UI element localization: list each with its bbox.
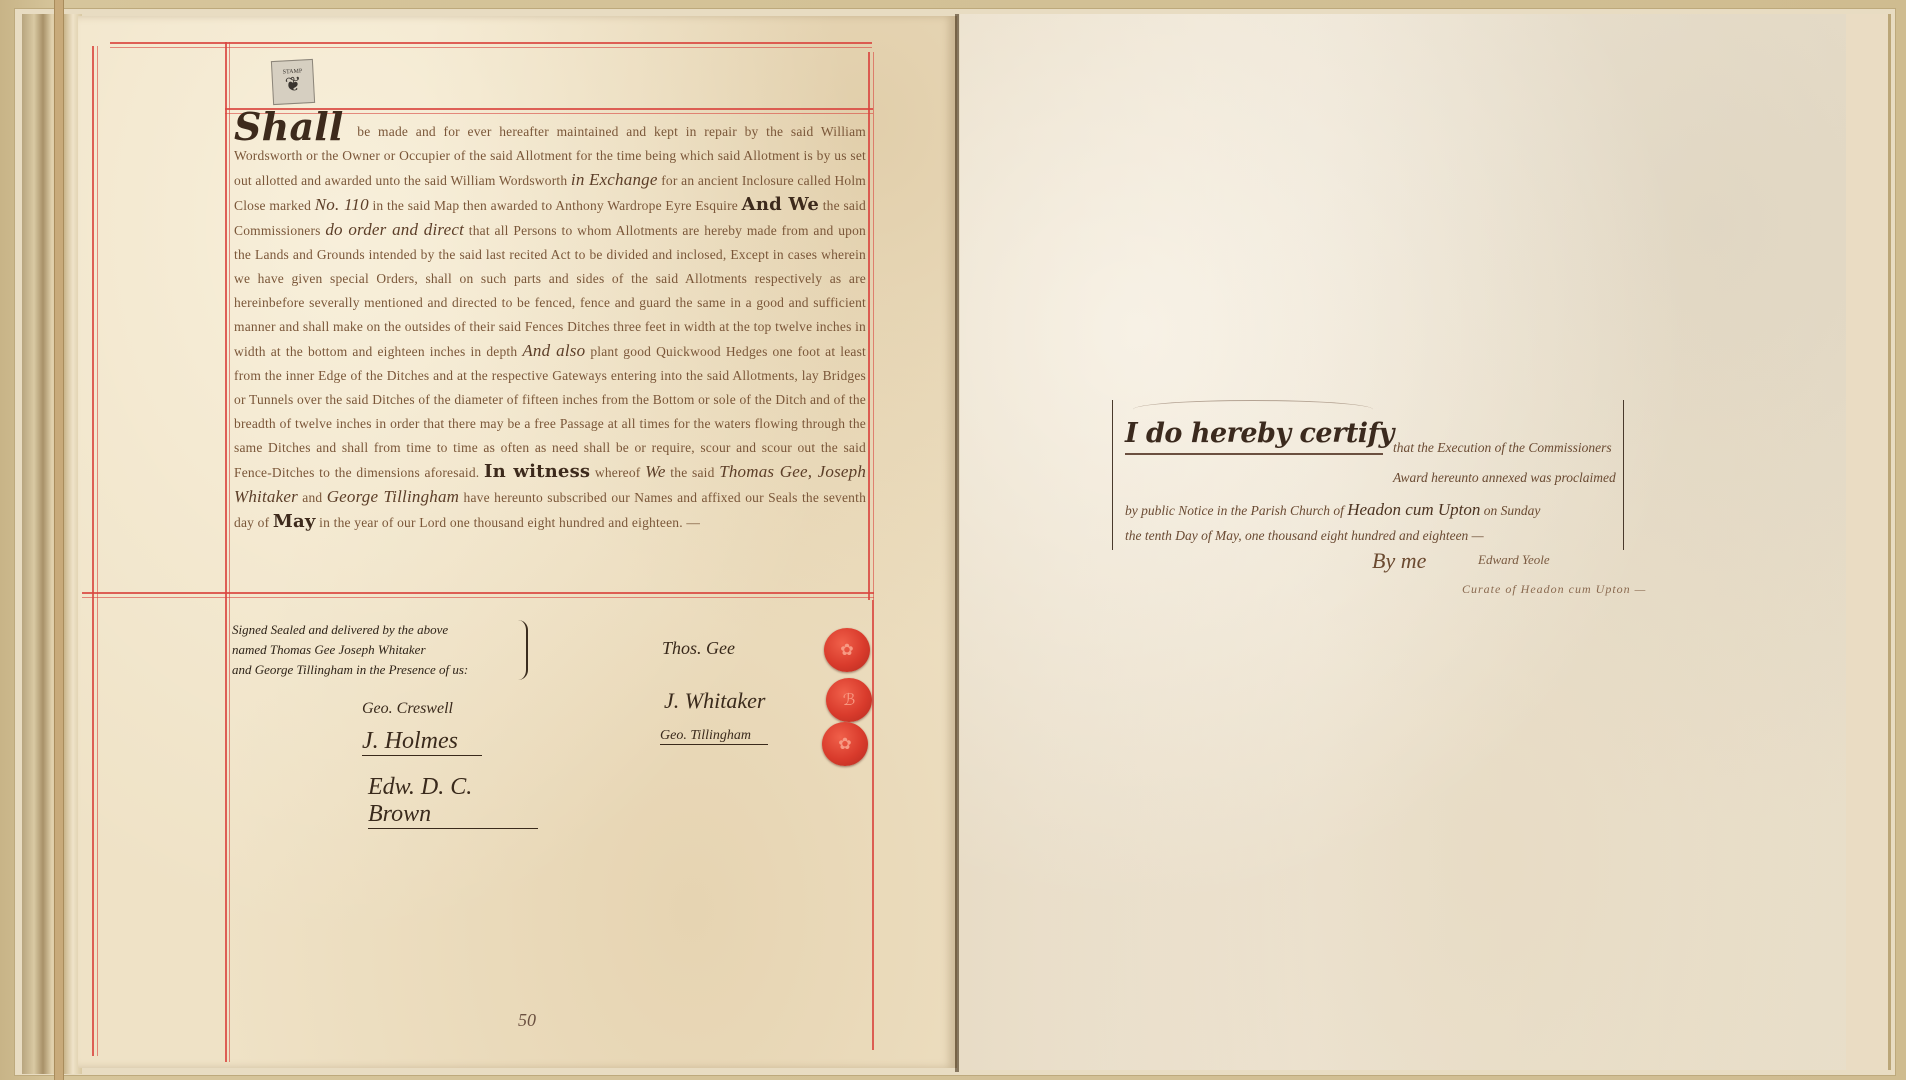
red-rule-right-lower [872, 600, 874, 1050]
certificate-text: on Sunday [1484, 503, 1541, 518]
emphasis-text: in Exchange [571, 170, 658, 189]
red-rule-right-2 [873, 52, 874, 600]
red-rule-outer-left-2 [97, 46, 98, 1056]
text-line: that all Persons to whom Allotments are … [234, 223, 866, 359]
red-rule-inner-left-2 [229, 42, 230, 1062]
certificate-line-2: Award hereunto annexed was proclaimed [1393, 470, 1616, 486]
red-rule-top [110, 42, 872, 44]
red-rule-right [868, 52, 870, 600]
attestation-clause: Signed Sealed and delivered by the above… [232, 620, 528, 680]
wax-seal-1: ✿ [824, 628, 870, 672]
binding-strip [54, 0, 64, 1080]
text-line: and [302, 490, 322, 505]
curate-signature: Edward Yeole [1478, 552, 1550, 568]
certificate-line-3: by public Notice in the Parish Church of… [1125, 500, 1540, 520]
drop-cap-word: Shall [234, 104, 344, 149]
witness-signature-2: J. Holmes [362, 728, 482, 756]
emphasis-heading: In witness [484, 461, 590, 482]
certificate-text: by public Notice in the Parish Church of [1125, 503, 1344, 518]
red-rule-outer-left [92, 46, 94, 1056]
red-rule-text-bottom [82, 592, 874, 594]
attestation-line: named Thomas Gee Joseph Whitaker [232, 640, 520, 660]
by-me-text: By me [1372, 548, 1426, 574]
parish-name: Headon cum Upton [1347, 500, 1480, 519]
right-mount-edge [1846, 14, 1891, 1070]
emphasis-text: And also [522, 341, 585, 360]
signatory-signature-3: Geo. Tillingham [660, 728, 768, 745]
certificate-line-1: that the Execution of the Commissioners [1393, 440, 1612, 456]
signatory-signature-2: J. Whitaker [664, 688, 765, 714]
award-main-text: Shall be made and for ever hereafter mai… [234, 112, 866, 535]
signatory-signature-1: Thos. Gee [662, 638, 735, 659]
month-text: May [273, 511, 316, 532]
emphasis-text: George Tillingham [327, 487, 459, 506]
wax-seal-2: ℬ [826, 678, 872, 722]
witness-signature-3: Edw. D. C. Brown [368, 774, 538, 829]
red-rule-inner-left [225, 42, 227, 1062]
text-line: be made and for ever hereafter maintaine… [357, 124, 813, 139]
text-line: in the year of our Lord one thousand eig… [319, 515, 700, 530]
emphasis-text: We [645, 462, 666, 481]
emphasis-heading: And We [742, 194, 819, 215]
red-rule-text-bottom-2 [82, 597, 874, 598]
text-line: the said [670, 465, 714, 480]
proclamation-certificate: I do hereby certify that the Execution o… [1112, 400, 1624, 550]
text-line: plant good Quickwood Hedges one foot at … [234, 344, 866, 480]
duty-stamp: STAMP ❦ [271, 59, 315, 105]
text-line: in the said Map then awarded to Anthony … [372, 198, 738, 213]
attestation-line: Signed Sealed and delivered by the above [232, 620, 520, 640]
emphasis-text: do order and direct [325, 220, 464, 239]
witness-signature-1: Geo. Creswell [362, 700, 453, 718]
certificate-line-4: the tenth Day of May, one thousand eight… [1125, 528, 1484, 544]
map-number: No. 110 [315, 195, 369, 214]
book-gutter [955, 14, 959, 1072]
wax-seal-3: ✿ [822, 722, 868, 766]
certificate-heading: I do hereby certify [1125, 418, 1383, 455]
attestation-line: and George Tillingham in the Presence of… [232, 660, 520, 680]
text-line: whereof [595, 465, 641, 480]
curate-title: Curate of Headon cum Upton — [1462, 582, 1646, 597]
page-number: 50 [518, 1010, 536, 1031]
stamp-crest-icon: ❦ [284, 75, 302, 96]
red-rule-top-2 [110, 47, 872, 48]
calligraphic-flourish-icon [1133, 400, 1373, 419]
page-edges-stack [22, 14, 82, 1074]
